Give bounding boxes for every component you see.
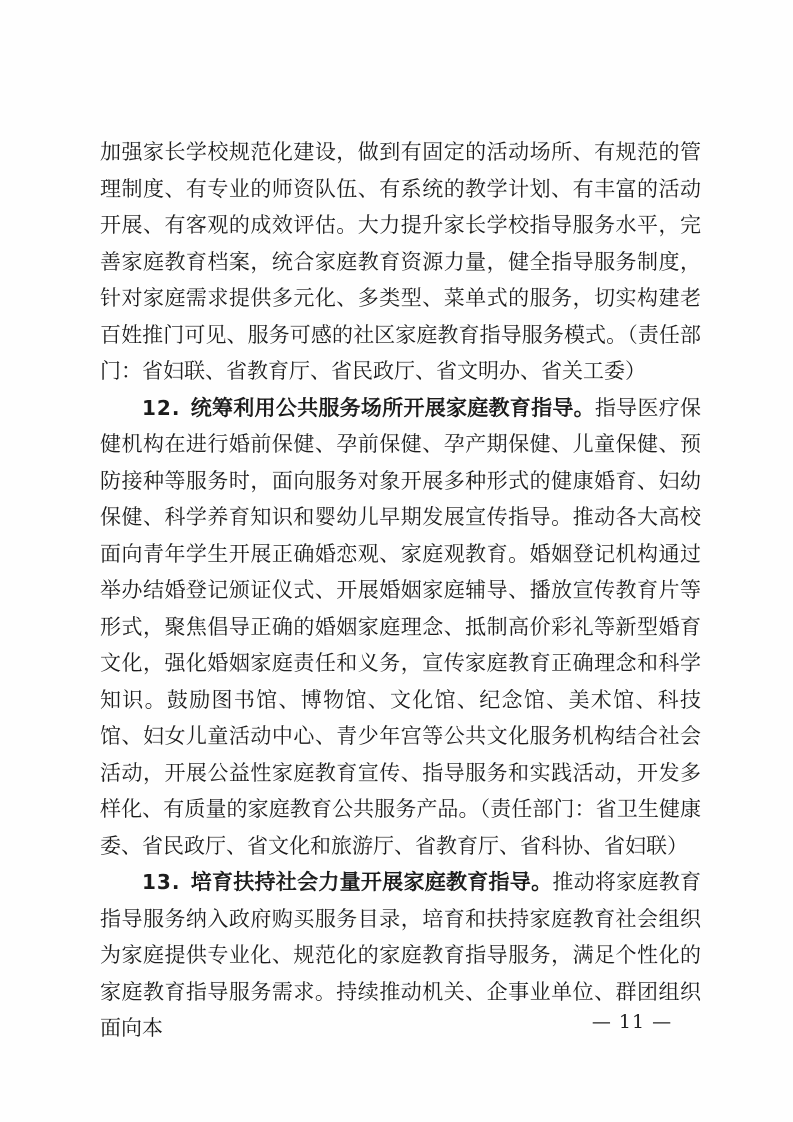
- paragraph-13-number: 13.: [142, 870, 180, 894]
- document-page: 加强家长学校规范化建设，做到有固定的活动场所、有规范的管理制度、有专业的师资队伍…: [0, 0, 793, 1122]
- paragraph-12-heading: 统筹利用公共服务场所开展家庭教育指导。: [190, 395, 594, 420]
- page-number: — 11 —: [590, 1011, 674, 1033]
- paragraph-12: 12.统筹利用公共服务场所开展家庭教育指导。指导医疗保健机构在进行婚前保健、孕前…: [100, 390, 701, 865]
- paragraph-continuation: 加强家长学校规范化建设，做到有固定的活动场所、有规范的管理制度、有专业的师资队伍…: [100, 134, 701, 390]
- paragraph-13-heading: 培育扶持社会力量开展家庭教育指导。: [190, 869, 552, 894]
- document-text: 加强家长学校规范化建设，做到有固定的活动场所、有规范的管理制度、有专业的师资队伍…: [100, 134, 701, 1047]
- paragraph-continuation-text: 加强家长学校规范化建设，做到有固定的活动场所、有规范的管理制度、有专业的师资队伍…: [100, 140, 701, 383]
- paragraph-12-body: 指导医疗保健机构在进行婚前保健、孕前保健、孕产期保健、儿童保健、预防接种等服务时…: [100, 396, 701, 858]
- paragraph-12-number: 12.: [142, 396, 180, 420]
